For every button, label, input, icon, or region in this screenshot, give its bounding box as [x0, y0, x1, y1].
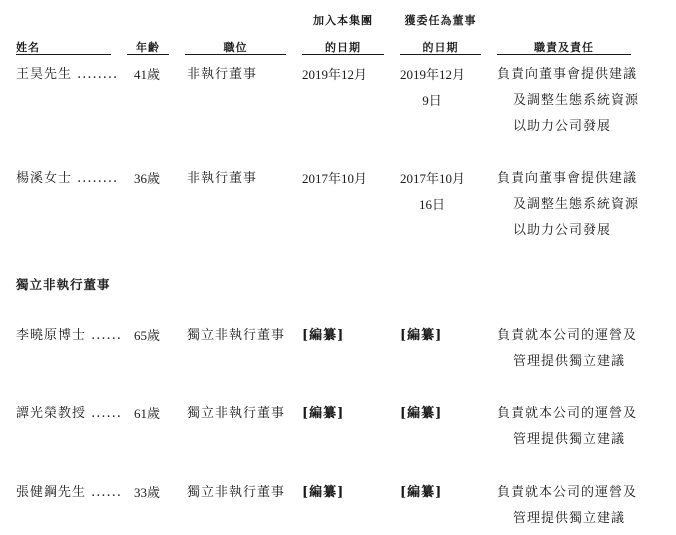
header-rule-age	[127, 54, 169, 55]
duties-line: 負責向董事會提供建議	[497, 62, 639, 88]
director-name: 張健鋼先生 ......	[16, 480, 122, 506]
header-appointed-date-line2: 的日期	[400, 39, 481, 55]
header-name: 姓名	[16, 39, 40, 55]
duties: 負責就本公司的運營及 管理提供獨立建議	[497, 480, 637, 532]
director-name: 譚光榮教授 ......	[16, 401, 122, 427]
duties-line: 負責就本公司的運營及	[497, 401, 637, 427]
director-age: 36歲	[134, 166, 160, 192]
appointed-date-line2: 16日	[400, 192, 464, 218]
director-age: 41歲	[134, 62, 160, 88]
director-position: 非執行董事	[187, 166, 257, 192]
header-duties: 職責及責任	[497, 39, 631, 55]
duties-line: 負責就本公司的運營及	[497, 323, 637, 349]
duties-line: 及調整生態系統資源	[497, 88, 639, 114]
join-date: [編纂]	[302, 480, 344, 506]
director-age: 65歲	[134, 323, 160, 349]
join-date: [編纂]	[302, 401, 344, 427]
director-age: 33歲	[134, 480, 160, 506]
duties-line: 負責就本公司的運營及	[497, 480, 637, 506]
appointed-date: [編纂]	[400, 323, 442, 349]
director-name: 李曉原博士 ......	[16, 323, 122, 349]
director-name: 楊溪女士 ........	[16, 166, 118, 192]
director-age: 61歲	[134, 401, 160, 427]
appointed-date-line1: 2017年10月	[400, 166, 464, 192]
appointed-date: 2017年10月 16日	[400, 166, 464, 218]
duties-line: 管理提供獨立建議	[497, 427, 637, 453]
duties: 負責向董事會提供建議 及調整生態系統資源 以助力公司發展	[497, 166, 639, 244]
join-date: 2019年12月	[302, 62, 367, 88]
duties-line: 以助力公司發展	[497, 114, 639, 140]
duties: 負責向董事會提供建議 及調整生態系統資源 以助力公司發展	[497, 62, 639, 140]
header-age: 年齡	[127, 39, 169, 55]
header-join-date-line2: 的日期	[302, 39, 384, 55]
duties-line: 管理提供獨立建議	[497, 506, 637, 532]
header-rule-appointed-date	[400, 54, 481, 55]
duties-line: 負責向董事會提供建議	[497, 166, 639, 192]
header-rule-join-date	[302, 54, 384, 55]
header-rule-name	[16, 54, 111, 55]
director-position: 獨立非執行董事	[187, 323, 285, 349]
director-name: 王昊先生 ........	[16, 62, 118, 88]
appointed-date: 2019年12月 9日	[400, 62, 464, 114]
appointed-date: [編纂]	[400, 480, 442, 506]
appointed-date-line2: 9日	[400, 88, 464, 114]
duties-line: 管理提供獨立建議	[497, 349, 637, 375]
duties: 負責就本公司的運營及 管理提供獨立建議	[497, 323, 637, 375]
header-rule-duties	[497, 54, 631, 55]
duties: 負責就本公司的運營及 管理提供獨立建議	[497, 401, 637, 453]
appointed-date: [編纂]	[400, 401, 442, 427]
header-position: 職位	[185, 39, 286, 55]
section-title-independent-directors: 獨立非執行董事	[16, 275, 111, 293]
join-date: [編纂]	[302, 323, 344, 349]
director-position: 獨立非執行董事	[187, 401, 285, 427]
director-position: 獨立非執行董事	[187, 480, 285, 506]
duties-line: 及調整生態系統資源	[497, 192, 639, 218]
join-date: 2017年10月	[302, 166, 367, 192]
director-position: 非執行董事	[187, 62, 257, 88]
header-join-date-line1: 加入本集團	[302, 12, 384, 28]
appointed-date-line1: 2019年12月	[400, 62, 464, 88]
header-rule-position	[185, 54, 286, 55]
duties-line: 以助力公司發展	[497, 218, 639, 244]
header-appointed-date-line1: 獲委任為董事	[400, 12, 481, 28]
